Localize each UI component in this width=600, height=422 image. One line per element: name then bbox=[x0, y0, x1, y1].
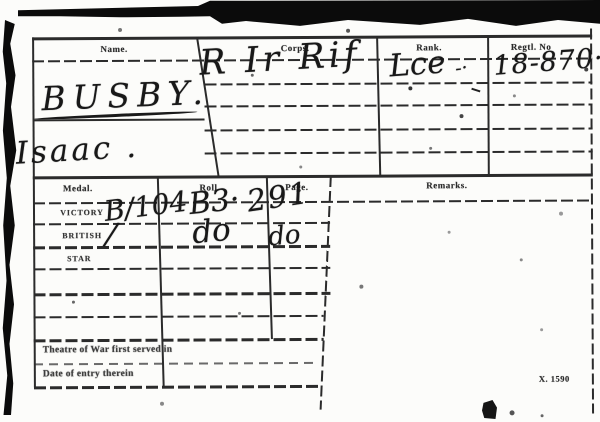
stray-pen-mark bbox=[471, 88, 480, 93]
grid-line-horizontal bbox=[34, 315, 324, 319]
forename-handwritten: Isaac . bbox=[15, 132, 140, 170]
grid-line-vertical bbox=[590, 28, 594, 413]
grid-line-vertical bbox=[487, 36, 490, 175]
scan-noise-speckles bbox=[0, 2, 1, 4]
regimental-number-handwritten: 18-870· bbox=[492, 45, 600, 80]
grid-line-horizontal bbox=[205, 127, 593, 131]
remarks-section-header: Remarks. bbox=[426, 180, 467, 190]
star-medal-row-label: Star bbox=[67, 254, 91, 263]
theatre-of-war-label: Theatre of War first served in bbox=[43, 345, 173, 356]
grid-line-horizontal bbox=[205, 150, 593, 154]
grid-line-horizontal bbox=[33, 292, 330, 296]
date-of-entry-label: Date of entry therein bbox=[43, 369, 134, 379]
grid-line-horizontal bbox=[34, 338, 324, 342]
british-medal-row-label: British bbox=[62, 231, 102, 240]
corps-handwritten: R Ir Rif bbox=[198, 37, 361, 81]
british-page-ditto-handwritten: do bbox=[267, 222, 302, 251]
victory-page-handwritten: 291 bbox=[245, 179, 312, 218]
medal-index-card-scan: Name. Corps. Rank. Regtl. No Medal. Roll… bbox=[0, 0, 600, 422]
grid-line-horizontal bbox=[33, 173, 593, 179]
rank-handwritten: Lce bbox=[388, 47, 446, 82]
british-roll-ditto-handwritten: do bbox=[191, 215, 232, 249]
card-sheet: Name. Corps. Rank. Regtl. No Medal. Roll… bbox=[0, 0, 600, 422]
grid-line-horizontal bbox=[34, 385, 319, 389]
grid-line-horizontal bbox=[33, 267, 330, 271]
victory-medal-row-label: Victory bbox=[60, 208, 104, 217]
grid-line-horizontal bbox=[34, 362, 319, 365]
grid-line-vertical bbox=[32, 37, 36, 387]
grid-line-horizontal bbox=[204, 103, 592, 107]
medal-column-header: Medal. bbox=[63, 183, 93, 193]
form-number: X. 1590 bbox=[539, 374, 570, 384]
rank-flourish-mark: -· bbox=[454, 59, 468, 79]
name-column-header: Name. bbox=[100, 44, 127, 54]
surname-handwritten: BUSBY. bbox=[41, 76, 211, 116]
